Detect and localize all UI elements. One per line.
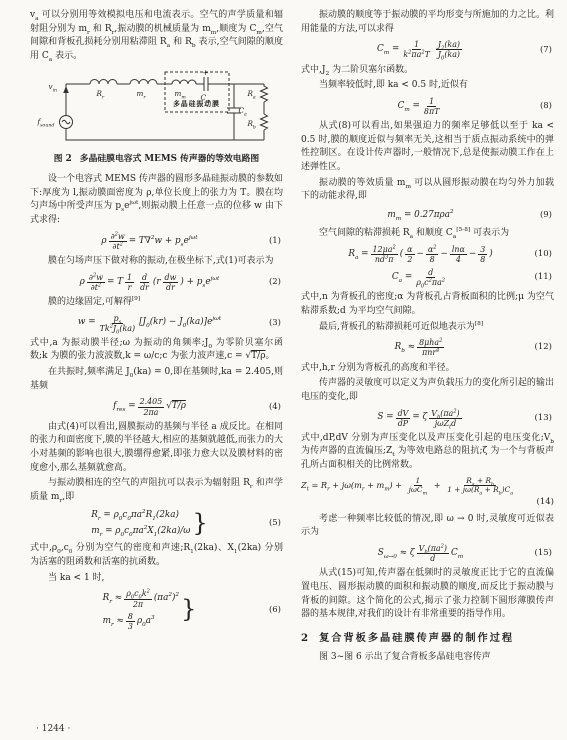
- paragraph: 由式(4)可以看出,圆膜振动的基频与半径 a 成反比。在相同的张力和面密度下,膜…: [30, 421, 283, 476]
- equation-10: Ra = 12μa2nd3π(α2 − α28 − lnα4 − 38)(10): [301, 245, 540, 264]
- inductor-Rr-icon: [90, 79, 117, 84]
- label-Rb: Rb: [248, 120, 256, 128]
- equation-5: Rr = ρ0c0πa2R1(2ka)mr = ρ0c0πa2X1(2ka)/ω…: [30, 509, 269, 539]
- paragraph: 式中,ρ0,c0 分别为空气的密度和声速;R1(2ka)、X1(2ka) 分别为…: [30, 542, 283, 569]
- paragraph: 膜的边缘固定,可解得[9]: [30, 296, 283, 310]
- section-number: 2: [301, 632, 308, 644]
- paragraph: 设一个电容式 MEMS 传声器的圆形多晶硅振动膜的参数如下:厚度为 l,振动膜面…: [30, 173, 283, 228]
- label-plus: +: [203, 70, 209, 77]
- figure-caption-number: 图 2: [54, 154, 72, 164]
- figure-equivalent-circuit: vin fsound Rr mr mm + Cm 多晶硅振动膜 Ra Ca Rb: [38, 70, 276, 150]
- paragraph: 式中,h,r 分别为背板孔的高度和半径。: [301, 362, 554, 376]
- paragraph: 从式(15)可知,传声器在低频时的灵敏度正比于它的直流偏置电压、圆形振动膜的面积…: [301, 567, 554, 622]
- equation-13: S = dVdP = ζ Vb(πa2)jωZtd(13): [301, 409, 540, 428]
- paragraph: 从式(8)可以看出,如果强迫力的频率足够低以至于 ka < 0.5 时,膜的顺度…: [301, 120, 554, 175]
- equation-11: Ca = dρ0c2πa2(11): [301, 268, 540, 287]
- paragraph: 图 3~图 6 示出了复合背板多晶硅电容传声: [301, 651, 554, 665]
- resistor-Ra-icon: [260, 84, 267, 102]
- paragraph: 式中,J2 为二阶贝塞尔函数。: [301, 64, 554, 78]
- paragraph: 空气间隙的粘滞损耗 Ra 和顺度 Ca[5-8] 可表示为: [301, 227, 554, 241]
- paragraph: 膜在匀场声压下做对称的振动,在极坐标下,式(1)可表示为: [30, 255, 283, 269]
- paragraph: 式中,dP,dV 分别为声压变化以及声压变化引起的电压变化;Vb 为传声器的直流…: [301, 432, 554, 473]
- equation-3: w = psTk2J0(ka)[J0(kr) − J0(ka)]ejωt(3): [30, 314, 269, 333]
- label-mr: mr: [137, 90, 146, 98]
- label-Ca: Ca: [239, 107, 247, 115]
- paragraph: 当 ka < 1 时,: [30, 572, 283, 586]
- label-Rr: Rr: [97, 90, 105, 98]
- capacitor-Cm-icon: [204, 77, 208, 91]
- paragraph: 考虑一种频率比较低的情况,即 ω → 0 时,灵敏度可近似表示为: [301, 513, 554, 540]
- paragraph: 式中,n 为背板孔的密度;α 为背板孔占背板面积的比例;μ 为空气粘滞系数;d …: [301, 291, 554, 318]
- equation-2: ρ ∂2w∂t2 = T 1rddr(r dwdr) + psejωt(2): [30, 273, 269, 292]
- equation-14: Zt = Rr + jω(mr + mm) + 1jωCm + Ra + Rb1…: [301, 477, 554, 509]
- label-Ra: Ra: [248, 90, 256, 98]
- left-column: va 可以分别用等效模拟电压和电流表示。空气的声学质量和辐射阻分别为 mr 和 …: [30, 9, 283, 733]
- paragraph: 在共振时,频率满足 J0(ka) = 0,即在基频时,ka = 2.405,则基…: [30, 366, 283, 393]
- equation-6: Rr ≈ ρ0c0k22π(πa2)2mr ≈ 83ρ0a3}(6): [30, 589, 269, 630]
- section-heading: 2复合背板多晶硅膜传声器的制作过程: [301, 631, 554, 647]
- section-title: 复合背板多晶硅膜传声器的制作过程: [319, 632, 514, 644]
- inductor-mm-icon: [172, 80, 196, 84]
- equation-15: Sω→0 ≈ ζ Vb(πa2)dCm(15): [301, 544, 540, 563]
- equation-8: Cm = 18πT(8): [301, 97, 540, 116]
- resistor-Rb-icon: [260, 114, 267, 130]
- paragraph: 当频率较低时,即 ka < 0.5 时,近似有: [301, 79, 554, 93]
- inductor-mr-icon: [130, 79, 157, 84]
- label-vin: vin: [49, 83, 58, 91]
- equation-9: mm = 0.27πρa2(9): [301, 208, 540, 223]
- figure-caption-text: 多晶硅膜电容式 MEMS 传声器的等效电路图: [80, 154, 259, 164]
- label-diaphragm: 多晶硅振动膜: [166, 101, 228, 108]
- paragraph: 最后,背板孔的粘滞损耗可近似地表示为[8]: [301, 321, 554, 335]
- paragraph: 传声器的灵敏度可以定义为声负载压力的变化所引起的输出电压的变化,即: [301, 377, 554, 404]
- equation-7: Cm = 1k2πa2TJ2(ka)J0(ka)(7): [301, 40, 540, 59]
- page-number: · 1244 ·: [36, 724, 70, 734]
- paragraph: 振动膜的顺度等于振动膜的平均形变与所施加的力之比。利用能量的方法,可以求得: [301, 9, 554, 36]
- equation-12: Rb ≈ 8μha2πnr4(12): [301, 338, 540, 357]
- paragraph: 振动膜的等效质量 mm 可以从圆形振动膜在均匀外力加载下的动能求得,即: [301, 177, 554, 204]
- label-mm: mm: [175, 90, 186, 98]
- paragraph: va 可以分别用等效模拟电压和电流表示。空气的声学质量和辐射阻分别为 mr 和 …: [30, 9, 283, 64]
- paragraph: 式中,a 为振动膜半径;ω 为振动的角频率;J0 为零阶贝塞尔函数;k 为膜的张…: [30, 337, 283, 364]
- equation-1: ρ ∂2w∂t2 = T∇2w + psejωt(1): [30, 232, 269, 251]
- paper-page: va 可以分别用等效模拟电压和电流表示。空气的声学质量和辐射阻分别为 mr 和 …: [0, 0, 567, 740]
- right-column: 振动膜的顺度等于振动膜的平均形变与所施加的力之比。利用能量的方法,可以求得 Cm…: [301, 9, 554, 733]
- figure-caption: 图 2多晶硅膜电容式 MEMS 传声器的等效电路图: [30, 153, 283, 166]
- equation-4: fres = 2.4052πa √T/ρ(4): [30, 397, 269, 416]
- arrow-up-icon: [63, 86, 69, 93]
- label-fsound: fsound: [38, 118, 55, 126]
- paragraph: 与振动膜相连的空气的声阻抗可以表示为辐射阻 Rr 和声学质量 mr,即: [30, 477, 283, 504]
